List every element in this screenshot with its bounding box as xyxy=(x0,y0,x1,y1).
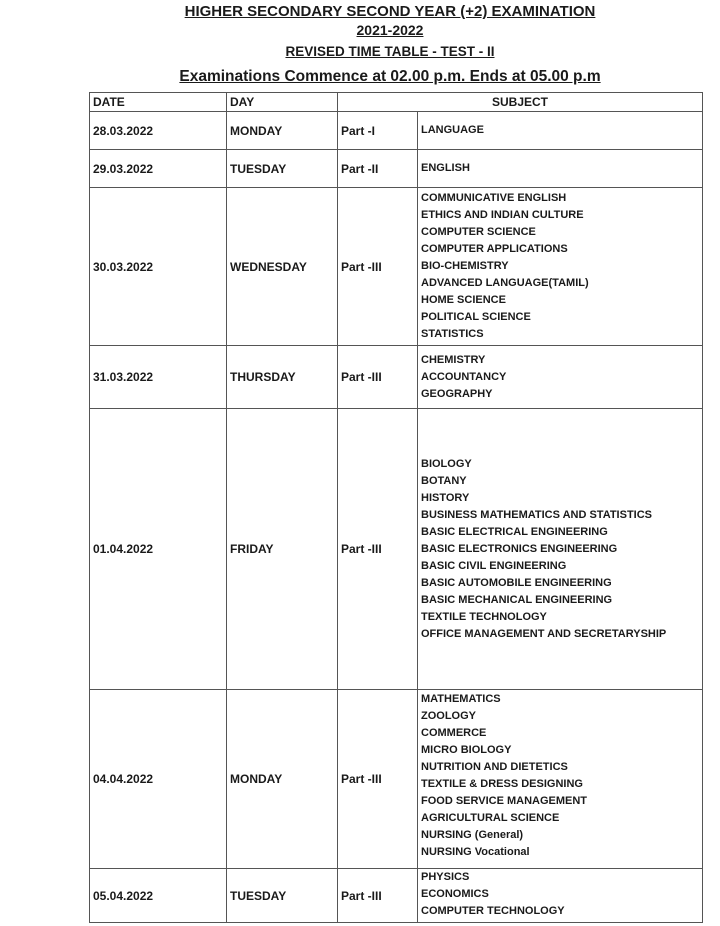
subject-item: ENGLISH xyxy=(421,160,702,177)
document-title: HIGHER SECONDARY SECOND YEAR (+2) EXAMIN… xyxy=(0,3,720,20)
subject-item: NUTRITION AND DIETETICS xyxy=(421,759,702,776)
subject-item: BASIC ELECTRICAL ENGINEERING xyxy=(421,524,702,541)
exam-timing: Examinations Commence at 02.00 p.m. Ends… xyxy=(0,68,720,86)
exam-part: Part -III xyxy=(338,346,418,409)
subject-item: BASIC ELECTRONICS ENGINEERING xyxy=(421,541,702,558)
subject-list: LANGUAGE xyxy=(418,112,703,150)
table-header-row: DATE DAY SUBJECT xyxy=(90,93,703,112)
table-row: 28.03.2022MONDAYPart -ILANGUAGE xyxy=(90,112,703,150)
exam-date: 01.04.2022 xyxy=(90,409,227,690)
subject-list: MATHEMATICSZOOLOGYCOMMERCEMICRO BIOLOGYN… xyxy=(418,690,703,869)
header-date: DATE xyxy=(90,93,227,112)
exam-date: 31.03.2022 xyxy=(90,346,227,409)
timetable-body: DATE DAY SUBJECT 28.03.2022MONDAYPart -I… xyxy=(90,93,703,923)
subject-item: CHEMISTRY xyxy=(421,352,702,369)
table-row: 01.04.2022FRIDAYPart -IIIBIOLOGYBOTANYHI… xyxy=(90,409,703,690)
exam-date: 28.03.2022 xyxy=(90,112,227,150)
subject-item: COMPUTER TECHNOLOGY xyxy=(421,903,702,920)
exam-day: TUESDAY xyxy=(227,150,338,188)
subject-item: TEXTILE & DRESS DESIGNING xyxy=(421,776,702,793)
exam-date: 05.04.2022 xyxy=(90,869,227,923)
subject-item: HOME SCIENCE xyxy=(421,292,702,309)
subject-item: OFFICE MANAGEMENT AND SECRETARYSHIP xyxy=(421,626,702,643)
subject-list: ENGLISH xyxy=(418,150,703,188)
subject-item: COMPUTER APPLICATIONS xyxy=(421,241,702,258)
subject-item: HISTORY xyxy=(421,490,702,507)
subject-item: BASIC CIVIL ENGINEERING xyxy=(421,558,702,575)
header-subject: SUBJECT xyxy=(338,93,703,112)
subject-item: GEOGRAPHY xyxy=(421,386,702,403)
document-subtitle: REVISED TIME TABLE - TEST - II xyxy=(0,44,720,59)
table-row: 31.03.2022THURSDAYPart -IIICHEMISTRYACCO… xyxy=(90,346,703,409)
subject-list: PHYSICSECONOMICSCOMPUTER TECHNOLOGY xyxy=(418,869,703,923)
exam-day: TUESDAY xyxy=(227,869,338,923)
subject-item: STATISTICS xyxy=(421,326,702,343)
exam-day: MONDAY xyxy=(227,112,338,150)
exam-part: Part -III xyxy=(338,188,418,346)
academic-year: 2021-2022 xyxy=(0,22,720,38)
subject-item: ACCOUNTANCY xyxy=(421,369,702,386)
exam-day: MONDAY xyxy=(227,690,338,869)
subject-item: MATHEMATICS xyxy=(421,691,702,708)
exam-date: 30.03.2022 xyxy=(90,188,227,346)
subject-item: ECONOMICS xyxy=(421,886,702,903)
subject-item: LANGUAGE xyxy=(421,122,702,139)
exam-part: Part -III xyxy=(338,409,418,690)
subject-item: BIOLOGY xyxy=(421,456,702,473)
timetable: DATE DAY SUBJECT 28.03.2022MONDAYPart -I… xyxy=(89,92,703,923)
subject-item: POLITICAL SCIENCE xyxy=(421,309,702,326)
subject-list: BIOLOGYBOTANYHISTORYBUSINESS MATHEMATICS… xyxy=(418,409,703,690)
subject-item: MICRO BIOLOGY xyxy=(421,742,702,759)
subject-item: COMPUTER SCIENCE xyxy=(421,224,702,241)
exam-date: 04.04.2022 xyxy=(90,690,227,869)
subject-item: FOOD SERVICE MANAGEMENT xyxy=(421,793,702,810)
subject-item: COMMUNICATIVE ENGLISH xyxy=(421,190,702,207)
subject-item: ADVANCED LANGUAGE(TAMIL) xyxy=(421,275,702,292)
table-row: 04.04.2022MONDAYPart -IIIMATHEMATICSZOOL… xyxy=(90,690,703,869)
exam-day: WEDNESDAY xyxy=(227,188,338,346)
subject-item: BUSINESS MATHEMATICS AND STATISTICS xyxy=(421,507,702,524)
subject-item: BASIC AUTOMOBILE ENGINEERING xyxy=(421,575,702,592)
table-row: 29.03.2022TUESDAYPart -IIENGLISH xyxy=(90,150,703,188)
exam-date: 29.03.2022 xyxy=(90,150,227,188)
exam-day: THURSDAY xyxy=(227,346,338,409)
subject-item: BASIC MECHANICAL ENGINEERING xyxy=(421,592,702,609)
table-row: 05.04.2022TUESDAYPart -IIIPHYSICSECONOMI… xyxy=(90,869,703,923)
exam-part: Part -III xyxy=(338,690,418,869)
subject-item: ETHICS AND INDIAN CULTURE xyxy=(421,207,702,224)
header-day: DAY xyxy=(227,93,338,112)
subject-item: NURSING (General) xyxy=(421,827,702,844)
subject-item: BIO-CHEMISTRY xyxy=(421,258,702,275)
table-row: 30.03.2022WEDNESDAYPart -IIICOMMUNICATIV… xyxy=(90,188,703,346)
subject-item: ZOOLOGY xyxy=(421,708,702,725)
exam-part: Part -III xyxy=(338,869,418,923)
exam-part: Part -II xyxy=(338,150,418,188)
subject-item: TEXTILE TECHNOLOGY xyxy=(421,609,702,626)
subject-list: COMMUNICATIVE ENGLISHETHICS AND INDIAN C… xyxy=(418,188,703,346)
subject-list: CHEMISTRYACCOUNTANCYGEOGRAPHY xyxy=(418,346,703,409)
exam-part: Part -I xyxy=(338,112,418,150)
subject-item: AGRICULTURAL SCIENCE xyxy=(421,810,702,827)
subject-item: BOTANY xyxy=(421,473,702,490)
exam-day: FRIDAY xyxy=(227,409,338,690)
subject-item: PHYSICS xyxy=(421,869,702,886)
subject-item: NURSING Vocational xyxy=(421,844,702,861)
subject-item: COMMERCE xyxy=(421,725,702,742)
